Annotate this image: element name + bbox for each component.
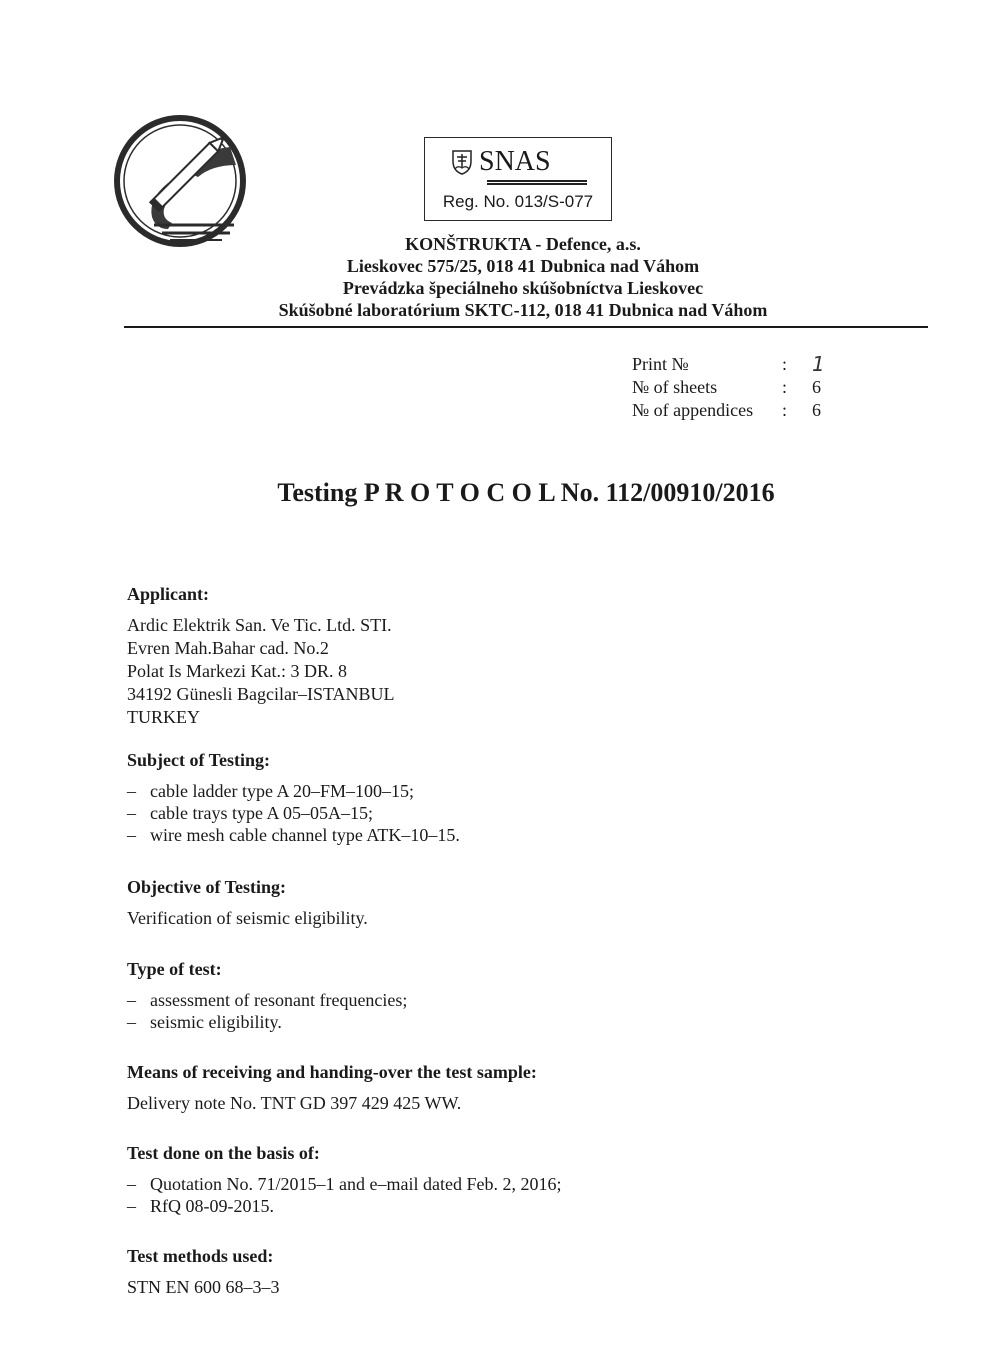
bullet-dash: – <box>127 1195 150 1217</box>
bullet-dash: – <box>127 1173 150 1195</box>
slovak-coat-of-arms-icon <box>451 149 473 175</box>
list-item-text: RfQ 08-09-2015. <box>150 1195 274 1217</box>
document-meta: Print № : 1 № of sheets : 6 № of appendi… <box>632 353 832 422</box>
section-heading: Test methods used: <box>127 1245 887 1267</box>
section-heading: Applicant: <box>127 583 887 605</box>
bullet-dash: – <box>127 989 150 1011</box>
list-item-text: wire mesh cable channel type ATK–10–15. <box>150 824 460 846</box>
bullet-dash: – <box>127 780 150 802</box>
org-line: Prevádzka špeciálneho skúšobníctva Liesk… <box>120 277 926 299</box>
section-heading: Objective of Testing: <box>127 876 887 898</box>
list-item: –cable trays type A 05–05A–15; <box>127 802 887 824</box>
list-item: –cable ladder type A 20–FM–100–15; <box>127 780 887 802</box>
section-text: Verification of seismic eligibility. <box>127 907 887 930</box>
list-item-text: assessment of resonant frequencies; <box>150 989 407 1011</box>
section-objective: Objective of Testing: Verification of se… <box>127 876 887 930</box>
section-heading: Test done on the basis of: <box>127 1142 887 1164</box>
meta-value: 1 <box>812 353 832 376</box>
section-text: Delivery note No. TNT GD 397 429 425 WW. <box>127 1092 887 1115</box>
meta-sheets: № of sheets : 6 <box>632 376 832 399</box>
meta-value: 6 <box>812 376 832 399</box>
section-subject: Subject of Testing: –cable ladder type A… <box>127 749 887 846</box>
accreditation-underline <box>487 180 587 185</box>
bullet-dash: – <box>127 1011 150 1033</box>
org-line: Skúšobné laboratórium SKTC-112, 018 41 D… <box>120 299 926 321</box>
list-item-text: cable trays type A 05–05A–15; <box>150 802 373 824</box>
company-logo <box>112 113 248 249</box>
list-item-text: Quotation No. 71/2015–1 and e–mail dated… <box>150 1173 561 1195</box>
meta-appendices: № of appendices : 6 <box>632 399 832 422</box>
drafting-pencil-emblem-icon <box>112 113 248 249</box>
section-heading: Subject of Testing: <box>127 749 887 771</box>
list-item-text: seismic eligibility. <box>150 1011 282 1033</box>
section-basis: Test done on the basis of: –Quotation No… <box>127 1142 887 1217</box>
org-line: Lieskovec 575/25, 018 41 Dubnica nad Váh… <box>120 255 926 277</box>
address-line: Evren Mah.Bahar cad. No.2 <box>127 637 887 660</box>
section-applicant: Applicant: Ardic Elektrik San. Ve Tic. L… <box>127 583 887 729</box>
meta-separator: : <box>782 399 812 422</box>
document-title: Testing P R O T O C O L No. 112/00910/20… <box>120 478 932 508</box>
list-item-text: cable ladder type A 20–FM–100–15; <box>150 780 414 802</box>
meta-label: Print № <box>632 353 782 376</box>
section-type: Type of test: –assessment of resonant fr… <box>127 958 887 1033</box>
section-heading: Means of receiving and handing-over the … <box>127 1061 887 1083</box>
list-item: –wire mesh cable channel type ATK–10–15. <box>127 824 887 846</box>
section-means: Means of receiving and handing-over the … <box>127 1061 887 1115</box>
address-line: 34192 Günesli Bagcilar–ISTANBUL <box>127 683 887 706</box>
accreditation-reg-number: Reg. No. 013/S-077 <box>425 192 611 212</box>
meta-separator: : <box>782 353 812 376</box>
address-line: TURKEY <box>127 706 887 729</box>
accreditation-stamp: SNAS Reg. No. 013/S-077 <box>424 137 612 221</box>
accreditation-name: SNAS <box>479 147 551 177</box>
header-divider <box>124 326 928 328</box>
meta-value: 6 <box>812 399 832 422</box>
address-line: Polat Is Markezi Kat.: 3 DR. 8 <box>127 660 887 683</box>
meta-separator: : <box>782 376 812 399</box>
bullet-dash: – <box>127 802 150 824</box>
section-heading: Type of test: <box>127 958 887 980</box>
list-item: –assessment of resonant frequencies; <box>127 989 887 1011</box>
section-text: STN EN 600 68–3–3 <box>127 1276 887 1299</box>
org-line: KONŠTRUKTA - Defence, a.s. <box>120 233 926 255</box>
section-methods: Test methods used: STN EN 600 68–3–3 <box>127 1245 887 1299</box>
meta-label: № of sheets <box>632 376 782 399</box>
list-item: –RfQ 08-09-2015. <box>127 1195 887 1217</box>
applicant-address: Ardic Elektrik San. Ve Tic. Ltd. STI. Ev… <box>127 614 887 729</box>
address-line: Ardic Elektrik San. Ve Tic. Ltd. STI. <box>127 614 887 637</box>
bullet-dash: – <box>127 824 150 846</box>
meta-print-number: Print № : 1 <box>632 353 832 376</box>
organization-header: KONŠTRUKTA - Defence, a.s. Lieskovec 575… <box>120 233 926 321</box>
list-item: –Quotation No. 71/2015–1 and e–mail date… <box>127 1173 887 1195</box>
meta-label: № of appendices <box>632 399 782 422</box>
list-item: –seismic eligibility. <box>127 1011 887 1033</box>
